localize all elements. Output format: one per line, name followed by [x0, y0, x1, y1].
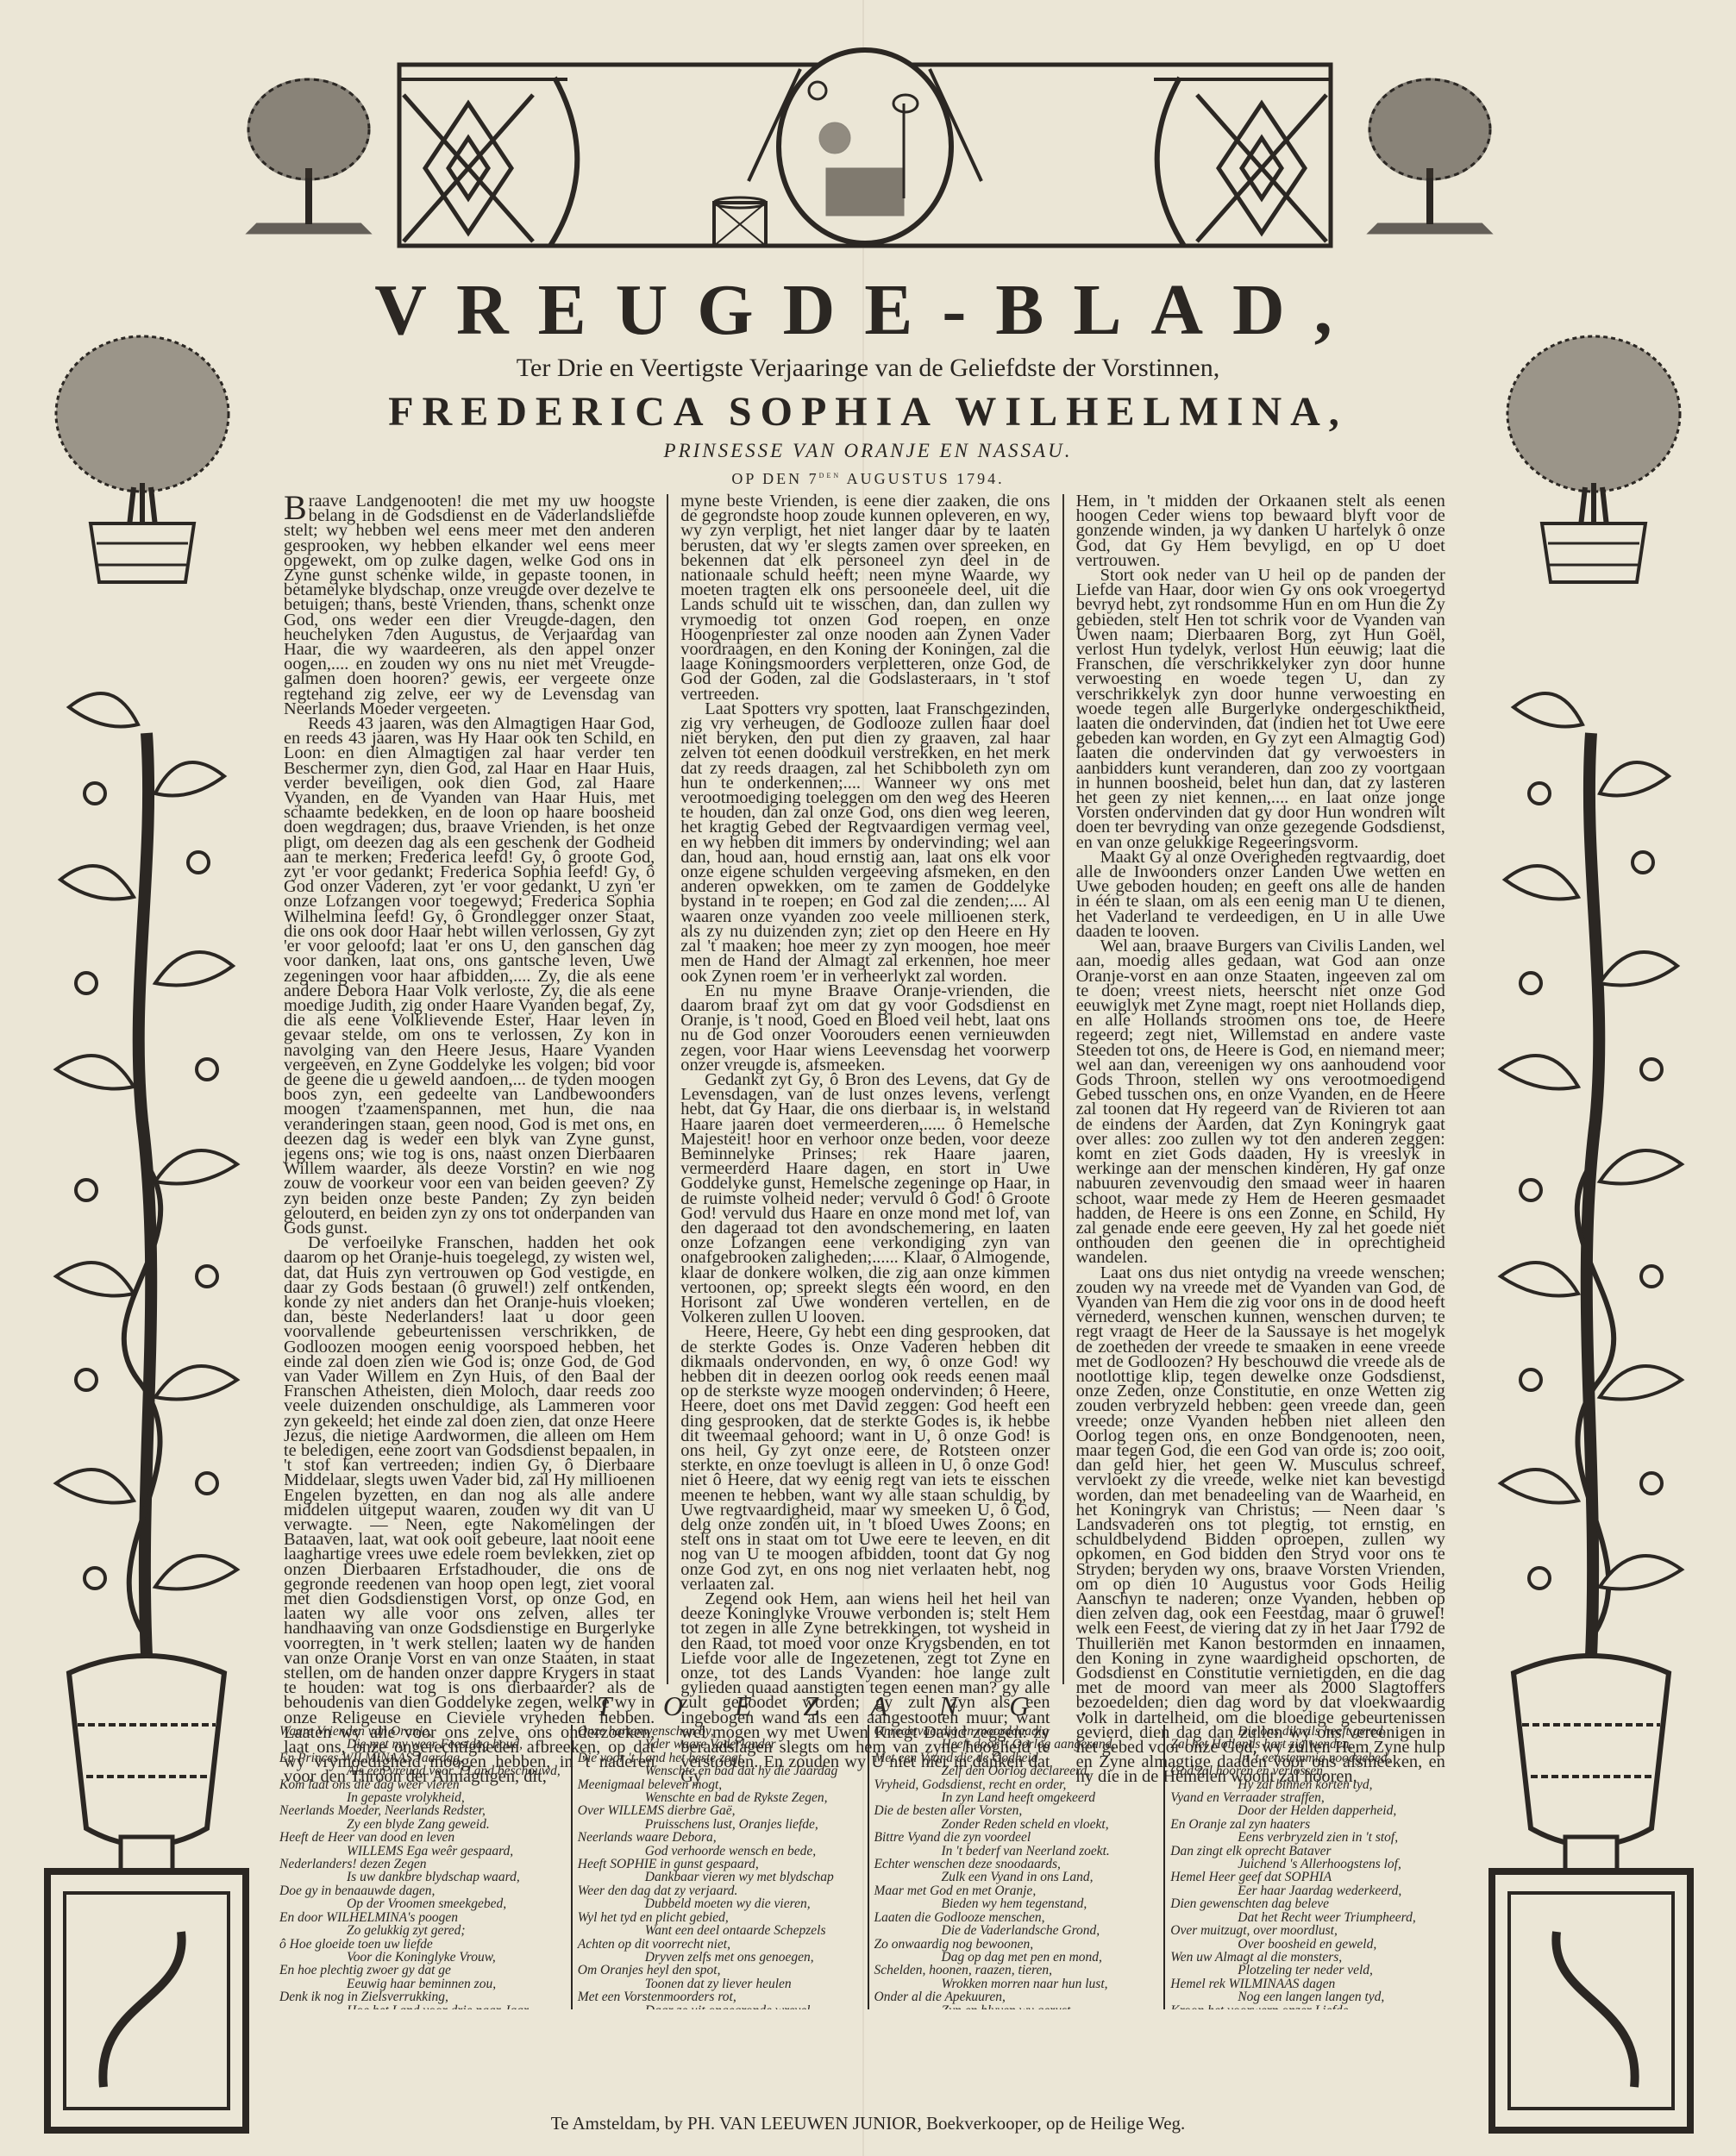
poem-line: Wenschte en bad de Rykste Zegen, — [578, 1791, 862, 1804]
poem-line: En Princes WILMINAAS Jaardag, — [279, 1752, 566, 1764]
poem-line: Onrechtvaerdig en moorddaadig — [874, 1725, 1159, 1738]
poem-columns: Waare Vrienden van Oranje,Die met my wee… — [274, 1725, 1460, 2009]
poem-line: Vyand en Verraader straffen, — [1170, 1791, 1455, 1804]
poem-line: Pruisschens lust, Oranjes liefde, — [578, 1818, 862, 1831]
poem-line: Nederlanders! dezen Zegen — [279, 1858, 566, 1871]
poem-line: Plotzeling ter neder veld, — [1170, 1964, 1455, 1977]
poem-line: Maar met God en met Oranje, — [874, 1884, 1159, 1897]
prose-columns: Braave Landgenooten! die met my uw hoogs… — [272, 494, 1457, 1684]
potted-orange-tree-icon — [43, 323, 241, 591]
poem-line: Is uw dankbre blydschap waard, — [279, 1871, 566, 1883]
woodcut-banner-icon — [197, 17, 1542, 267]
poem-line: Juichend 's Allerhoogstens lof, — [1170, 1858, 1455, 1871]
poem-line: In 't bederf van Neerland zoekt. — [874, 1845, 1159, 1858]
poem-line: Met een Vorstenmoorders rot, — [578, 1990, 862, 2003]
dateline: OP DEN 7den AUGUSTUS 1794. — [0, 470, 1736, 488]
paragraph: Gedankt zyt Gy, ô Bron des Levens, dat G… — [680, 1073, 1050, 1325]
paragraph: Maakt Gy al onze Overigheden regtvaardig… — [1076, 850, 1445, 939]
poem-line: Neerlands Moeder, Neerlands Redster, — [279, 1804, 566, 1817]
poem-line: Hemel Heer geef dat SOPHIA — [1170, 1871, 1455, 1883]
paragraph: Heere, Heere, Gy hebt een ding gesprooke… — [680, 1325, 1050, 1592]
poem-line: Heeft de Heer van dood en leven — [279, 1831, 566, 1844]
poem-line: Heeft SOPHIE in gunst gespaard, — [578, 1858, 862, 1871]
poem-column-3: Onrechtvaerdig en moorddaadigHeeft door … — [868, 1725, 1164, 2009]
poem-line: Bieden wy hem tegenstand, — [874, 1897, 1159, 1910]
broadside-page: VREUGDE-BLAD, Ter Drie en Veertigste Ver… — [0, 0, 1736, 2156]
poem-line: Yder waare Vaderlander — [578, 1738, 862, 1751]
subtitle: Ter Drie en Veertigste Verjaaringe van d… — [0, 354, 1736, 383]
poem-line: Zonder Reden scheld en vloekt, — [874, 1818, 1159, 1831]
poem-line: Zelf den Oorlog declareerd, — [874, 1764, 1159, 1777]
poem-line: Die voor 't Land het beste zogt, — [578, 1752, 862, 1764]
dateline-superscript: den — [819, 470, 841, 480]
poem-line: Onder al die Apekuuren, — [874, 1990, 1159, 2003]
poem-line: Dan zingt elk oprecht Bataver — [1170, 1845, 1455, 1858]
poem-line: Kroon het voorwerp onzer Liefde — [1170, 2004, 1455, 2009]
poem-line: Dag op dag met pen en mond, — [874, 1951, 1159, 1964]
poem-line: Zulk een Vyand in ons Land, — [874, 1871, 1159, 1883]
poem-line: Bittre Vyand die zyn voordeel — [874, 1831, 1159, 1844]
poem-line: En Oranje zal zyn haaters — [1170, 1818, 1455, 1831]
poem-line: Dubbeld moeten wy die vieren, — [578, 1897, 862, 1910]
prose-column-2: myne beste Vrienden, is eene dier zaaken… — [667, 494, 1062, 1684]
poem-line: God zal hooren en verlossen, — [1170, 1764, 1455, 1777]
poem-line: Zo onwaardig nog bewoonen, — [874, 1938, 1159, 1951]
poem-line: Wen uw Almagt al die monsters, — [1170, 1951, 1455, 1964]
orange-tree-in-urn-icon — [34, 604, 259, 2139]
poem-line: En hoe plechtig zwoer gy dat ge — [279, 1964, 566, 1977]
poem-line: Laaten die Godlooze menschen, — [874, 1911, 1159, 1924]
poem-line: God verhoorde wensch en bede, — [578, 1845, 862, 1858]
poem-line: Dryven zelfs met ons genoegen, — [578, 1951, 862, 1964]
poem-line: Over WILLEMS dierbre Gaë, — [578, 1804, 862, 1817]
poem-line: Zy een blyde Zang geweid. — [279, 1818, 566, 1831]
poem-line: Vryheid, Godsdienst, recht en order, — [874, 1778, 1159, 1791]
poem-line: Onze hartenwenschen by, — [578, 1725, 862, 1738]
poem-line: Kom laat ons die dag weer vieren — [279, 1778, 566, 1791]
poem-line: Hemel rek WILMINAAS dagen — [1170, 1977, 1455, 1990]
paragraph: Reeds 43 jaaren, was den Almagtigen Haar… — [284, 717, 655, 1236]
poem-line: Zo gelukkig zyt gered; — [279, 1924, 566, 1937]
poem-line: In zyn Land heeft omgekeerd — [874, 1791, 1159, 1804]
poem-line: Wyl het tyd en plicht gebied, — [578, 1911, 862, 1924]
poem-line: Meenigmaal beleven mogt, — [578, 1778, 862, 1791]
dateline-text: OP DEN 7 — [731, 470, 818, 487]
poem-line: Die de besten aller Vorsten, — [874, 1804, 1159, 1817]
poem-line: Schelden, hoonen, raazen, tieren, — [874, 1964, 1159, 1977]
poem-line: Op der Vroomen smeekgebed, — [279, 1897, 566, 1910]
poem-line: Hy zal binnen korten tyd, — [1170, 1778, 1455, 1791]
paragraph: En nu myne Braave Oranje-vrienden, die d… — [680, 984, 1050, 1073]
poem-line: Zal het Hollands hart zig wenden, — [1170, 1738, 1455, 1751]
poem-line: Echter wenschen deze snoodaards, — [874, 1858, 1159, 1871]
poem-line: Weer den dag dat zy verjaard. — [578, 1884, 862, 1897]
poem-line: Neerlands waare Debora, — [578, 1831, 862, 1844]
poem-line: Hoe het Land voor drie paar Jaar, — [279, 2004, 566, 2009]
orange-tree-in-urn-icon — [1479, 604, 1703, 2139]
poem-line: Als een vreugd voor 't Land beschouwd, — [279, 1764, 566, 1777]
poem-line: Achten op dit voorrecht niet, — [578, 1938, 862, 1951]
poem-line: Wenschte en bad dat hy die Jaardag — [578, 1764, 862, 1777]
poem-line: Denk ik nog in Zielsverrukking, — [279, 1990, 566, 2003]
poem-line: Die met my weer Feestdag houd, — [279, 1738, 566, 1751]
paragraph: Stort ook neder van U heil op de panden … — [1076, 568, 1445, 850]
prose-column-3: Hem, in 't midden der Orkaanen stelt als… — [1062, 494, 1457, 1684]
poem-line: Toonen dat zy liever heulen — [578, 1977, 862, 1990]
poem-line: Dat het Recht weer Triumpheerd, — [1170, 1911, 1455, 1924]
page-title: VREUGDE-BLAD, — [0, 274, 1736, 347]
poem-line: Voor die Koninglyke Vrouw, — [279, 1951, 566, 1964]
poem-line: ô Hoe gloeide toen uw liefde — [279, 1938, 566, 1951]
poem-column-2: Onze hartenwenschen by,Yder waare Vaderl… — [571, 1725, 868, 2009]
paragraph: Hem, in 't midden der Orkaanen stelt als… — [1076, 494, 1445, 568]
poem-column-4: Die ons dikwils heeft gered,Zal het Holl… — [1163, 1725, 1460, 2009]
poem-line: In 't eenstemmig noodgebed, — [1170, 1752, 1455, 1764]
poem-line: Eeuwig haar beminnen zou, — [279, 1977, 566, 1990]
poem-line: Met een Vyand die de Godheid — [874, 1752, 1159, 1764]
paragraph: Wel aan, braave Burgers van Civilis Land… — [1076, 939, 1445, 1265]
poem-line: Door der Helden dapperheid, — [1170, 1804, 1455, 1817]
paragraph: Laat Spotters vry spotten, laat Franschg… — [680, 702, 1050, 984]
tree-icon — [1369, 79, 1490, 233]
poem-line: WILLEMS Ega weêr gespaard, — [279, 1845, 566, 1858]
poem-line: Daar ze uit ongegronde wrevel, — [578, 2004, 862, 2009]
prose-column-1: Braave Landgenooten! die met my uw hoogs… — [272, 494, 667, 1684]
paragraph: Braave Landgenooten! die met my uw hoogs… — [284, 494, 655, 717]
poem-line: Over boosheid en geweld, — [1170, 1938, 1455, 1951]
poem-line: Dien gewenschten dag beleve — [1170, 1897, 1455, 1910]
poem-line: Wrokken morren naar hun lust, — [874, 1977, 1159, 1990]
poem-line: Zyn en blyven wy gerust, — [874, 2004, 1159, 2009]
poem-line: Waare Vrienden van Oranje, — [279, 1725, 566, 1738]
potted-orange-tree-icon — [1495, 323, 1693, 591]
poem-line: Die ons dikwils heeft gered, — [1170, 1725, 1455, 1738]
poem-column-1: Waare Vrienden van Oranje,Die met my wee… — [274, 1725, 571, 2009]
poem-line: Nog een langen langen tyd, — [1170, 1990, 1455, 2003]
dateline-text: AUGUSTUS 1794. — [841, 470, 1005, 487]
poem-line: Doe gy in benaauwde dagen, — [279, 1884, 566, 1897]
paragraph: myne beste Vrienden, is eene dier zaaken… — [680, 494, 1050, 702]
poem-line: Eer haar Jaardag wederkeerd, — [1170, 1884, 1455, 1897]
poem-line: Over muitzugt, over moordlust, — [1170, 1924, 1455, 1937]
poem-line: Om Oranjes heyl den spot, — [578, 1964, 862, 1977]
tree-icon — [248, 79, 369, 233]
poem-line: In gepaste vrolykheid, — [279, 1791, 566, 1804]
poem-line: Eens verbryzeld zien in 't stof, — [1170, 1831, 1455, 1844]
poem-line: Heeft door 't Oorlog aangerand, — [874, 1738, 1159, 1751]
printer-imprint: Te Amsteldam, by PH. VAN LEEUWEN JUNIOR,… — [0, 2113, 1736, 2134]
poem-line: En door WILHELMINA's poogen — [279, 1911, 566, 1924]
honoree-name: FREDERICA SOPHIA WILHELMINA, — [0, 388, 1736, 436]
medallion-icon — [714, 50, 981, 246]
poem-line: Want een deel ontaarde Schepzels — [578, 1924, 862, 1937]
poem-title: TOEZANG. — [0, 1690, 1736, 1722]
poem-line: Dankbaar vieren wy met blydschap — [578, 1871, 862, 1883]
poem-line: Die de Vaderlandsche Grond, — [874, 1924, 1159, 1937]
honoree-title: PRINSESSE VAN ORANJE EN NASSAU. — [0, 440, 1736, 462]
